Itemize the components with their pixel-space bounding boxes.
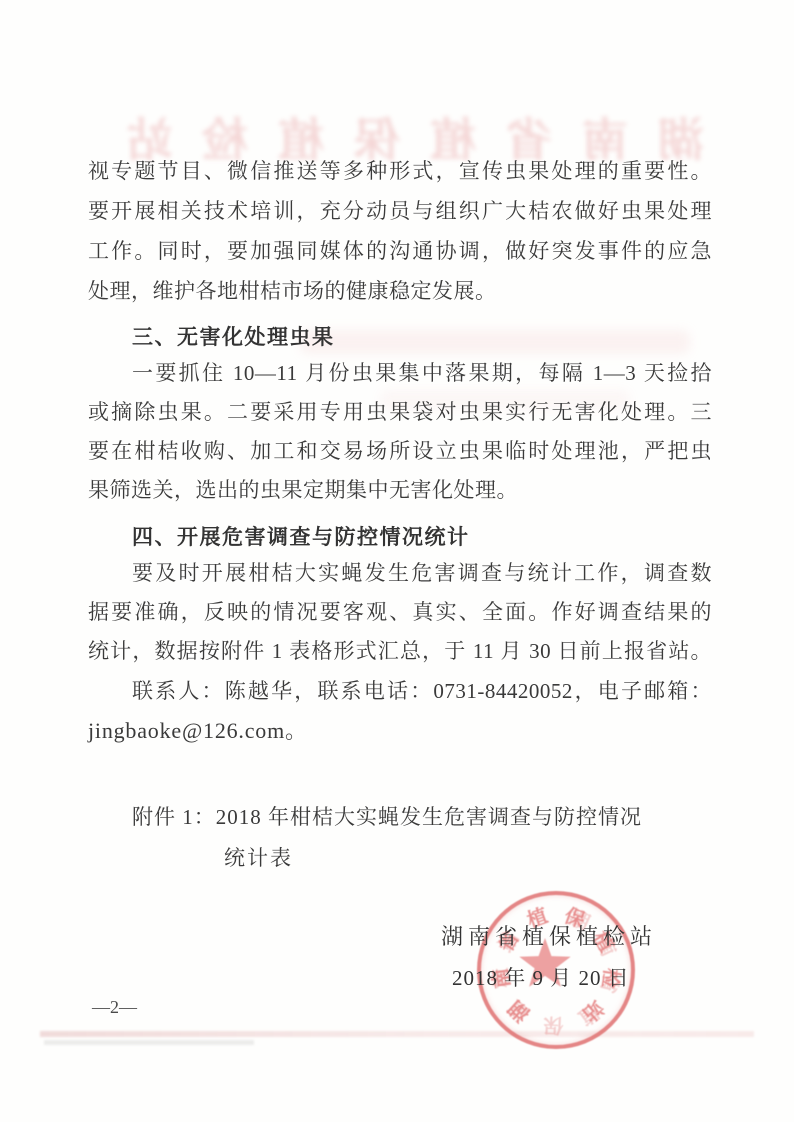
body-line: 处理，维护各地柑桔市场的健康稳定发展。 bbox=[88, 278, 712, 305]
section-heading-4: 四、开展危害调查与防控情况统计 bbox=[132, 521, 470, 551]
section-heading-3: 三、无害化处理虫果 bbox=[132, 321, 335, 351]
signature-date: 2018 年 9 月 20 日 bbox=[452, 962, 630, 992]
bleed-artifact bbox=[300, 330, 690, 354]
scan-speckle-artifact bbox=[44, 1040, 254, 1045]
body-line: 统计，数据按附件 1 表格形式汇总，于 11 月 30 日前上报省站。 bbox=[88, 638, 712, 665]
seal-character: 植 bbox=[501, 995, 535, 1030]
body-line: 一要抓住 10—11 月份虫果集中落果期，每隔 1—3 天捡拾 bbox=[88, 360, 712, 387]
page-number: —2— bbox=[92, 997, 137, 1018]
body-line: 要开展相关技术培训，充分动员与组织广大桔农做好虫果处理 bbox=[88, 198, 712, 225]
body-line: 或摘除虫果。二要采用专用虫果袋对虫果实行无害化处理。三 bbox=[88, 399, 712, 426]
body-line: 果筛选关，选出的虫果定期集中无害化处理。 bbox=[88, 477, 712, 504]
attachment-reference-line1: 附件 1：2018 年柑桔大实蝇发生危害调查与防控情况 bbox=[88, 801, 712, 831]
contact-email: jingbaoke@126.com。 bbox=[88, 717, 712, 744]
seal-character: 保 bbox=[543, 1012, 564, 1042]
body-line: 据要准确，反映的情况要客观、真实、全面。作好调查结果的 bbox=[88, 599, 712, 626]
signature-organization: 湖南省植保植检站 bbox=[441, 920, 657, 951]
body-line: 工作。同时，要加强同媒体的沟通协调，做好突发事件的应急 bbox=[88, 238, 712, 265]
attachment-reference-line2: 统计表 bbox=[224, 842, 293, 872]
seal-character: 植 bbox=[573, 998, 606, 1033]
contact-line: 联系人：陈越华，联系电话：0731-84420052，电子邮箱： bbox=[88, 678, 712, 705]
scanned-document-page: 湖南省植保植检站 视专题节目、微信推送等多种形式，宣传虫果处理的重要性。 要开展… bbox=[0, 0, 794, 1122]
scan-streak-artifact bbox=[40, 1031, 754, 1037]
body-line: 视专题节目、微信推送等多种形式，宣传虫果处理的重要性。 bbox=[88, 158, 712, 185]
bleed-through-ghost-text: 湖南省植保植检站 bbox=[86, 104, 714, 158]
body-line: 要在柑桔收购、加工和交易场所设立虫果临时处理池，严把虫 bbox=[88, 438, 712, 465]
body-line: 要及时开展柑桔大实蝇发生危害调查与统计工作，调查数 bbox=[88, 560, 712, 587]
